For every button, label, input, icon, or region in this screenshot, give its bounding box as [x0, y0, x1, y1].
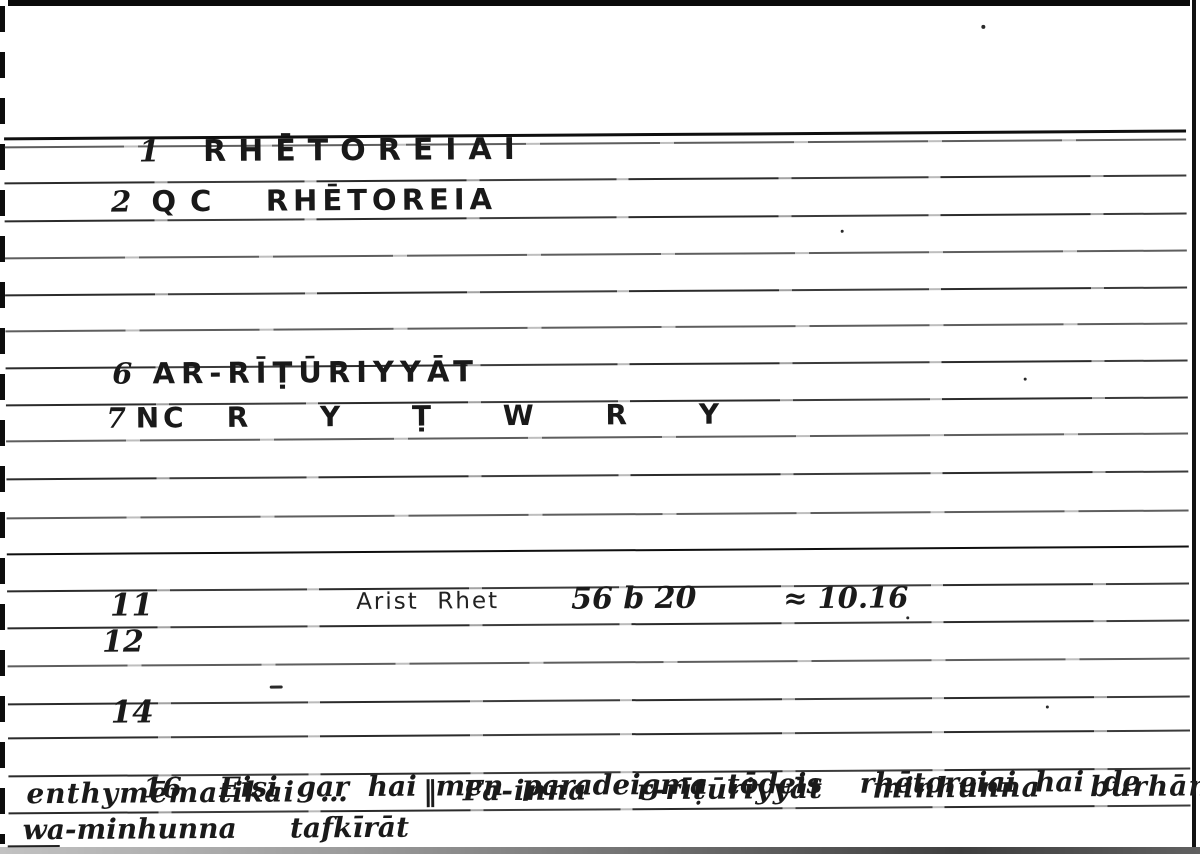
scan-speck: [270, 686, 283, 689]
row12-number: 12: [102, 624, 144, 659]
card-sheet: 1 RHĒTOREIAI 2 QC RHĒTOREIA 6 AR-RĪṬŪRIY…: [0, 0, 1200, 854]
scan-speck: [906, 616, 909, 619]
ruled-line: [7, 510, 1189, 520]
row2-label: QC: [151, 184, 225, 218]
scan-speck: [1046, 705, 1049, 708]
row12-reference: ≈ 10.16: [783, 580, 908, 615]
row2-number: 2: [111, 185, 131, 219]
row12-source: Arist Rhet: [356, 588, 499, 615]
scan-speck: [841, 230, 844, 233]
row2-entry: 2 QC RHĒTOREIA: [50, 148, 497, 253]
scan-speck: [981, 25, 985, 29]
row7-number: 7: [106, 402, 126, 435]
ruled-line: [8, 658, 1190, 668]
row7-entry: 7 NC R Y Ṭ W R Y: [48, 365, 722, 468]
ruled-line: [7, 546, 1189, 556]
scanned-index-card: 1 RHĒTOREIAI 2 QC RHĒTOREIA 6 AR-RĪṬŪRIY…: [0, 0, 1200, 854]
ruled-line: [7, 620, 1189, 630]
ruled-line: [5, 287, 1187, 297]
row12-locus: 56 b 20: [571, 581, 697, 617]
row7-letters: R Y Ṭ W R Y: [227, 398, 722, 434]
row7-label: NC: [136, 401, 188, 434]
row16-quote-line3: wa-minhunna tafkīrāt: [23, 811, 410, 847]
scan-speck: [1024, 378, 1027, 381]
row2-lemma: RHĒTOREIA: [266, 182, 497, 218]
ruled-line: [6, 471, 1188, 481]
ruled-line: [8, 696, 1190, 706]
row14-number: 14: [111, 694, 154, 730]
